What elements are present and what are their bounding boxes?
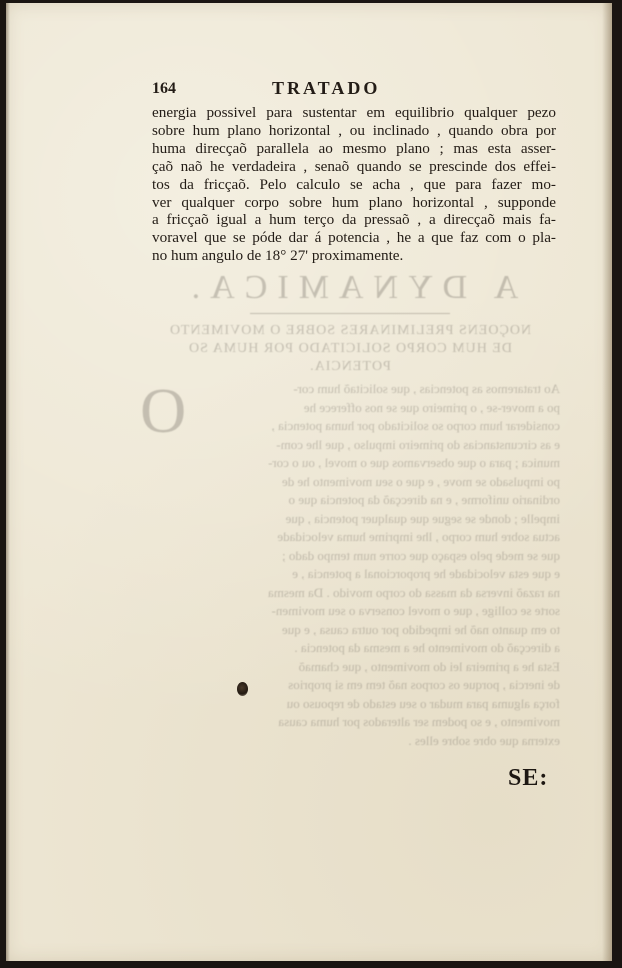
running-head-title: TRATADO <box>272 78 380 99</box>
page-left-edge-shadow <box>6 3 10 961</box>
paragraph-line: ver qualquer corpo sobre hum plano horiz… <box>152 194 556 212</box>
bleed-line: Esta he a primeira lei do movimento , qu… <box>140 658 560 677</box>
bleed-rule <box>250 313 450 314</box>
bleed-line: força alguma para mudar o seu estado de … <box>140 695 560 714</box>
bleed-title: A DYNAMICA. <box>140 269 560 307</box>
bleed-line: actua sobre hum corpo , lhe imprime huma… <box>140 528 560 547</box>
bleed-subtitle-line: DE HUM CORPO SOLICITADO POR HUMA SO <box>140 340 560 358</box>
scanned-page-image: A DYNAMICA. NOÇOENS PRELIMINARES SOBRE O… <box>0 0 622 968</box>
bleed-line: na razaõ inversa da massa do corpo movid… <box>140 584 560 603</box>
body-paragraph: energia possivel para sustentar em equil… <box>152 104 556 265</box>
bleed-line: po a mover-se , o primeiro que se nos of… <box>140 399 560 418</box>
bleed-line: to em quanto naõ he impedido por outra c… <box>140 621 560 640</box>
bleed-line: a direcçaõ do movimento he a mesma da po… <box>140 639 560 658</box>
paragraph-line: energia possivel para sustentar em equil… <box>152 104 556 122</box>
bleed-line: munica ; para o que observamos que o mov… <box>140 454 560 473</box>
bleed-line: ordinario uniforme , e na direcçaõ da po… <box>140 491 560 510</box>
bleed-line: de inercia , porque os corpos naõ tem em… <box>140 676 560 695</box>
bleed-line: e que esta velocidade he proporcional a … <box>140 565 560 584</box>
paragraph-line: no hum angulo de 18° 27' proximamente. <box>152 247 556 265</box>
bleed-line: sorte se collige , que o movel conserva … <box>140 602 560 621</box>
paragraph-line: a fricçaõ igual a hum terço da pressaõ ,… <box>152 211 556 229</box>
bleed-line: impelle ; donde se segue que qualquer po… <box>140 510 560 529</box>
bleed-line: movimento , e so podem ser alterados por… <box>140 713 560 732</box>
reverse-side-bleed-through: A DYNAMICA. NOÇOENS PRELIMINARES SOBRE O… <box>140 265 560 805</box>
bleed-line: Ao trataremos as potencias , que solicit… <box>140 380 560 399</box>
running-head: 164 TRATADO <box>152 78 556 104</box>
page-number: 164 <box>152 80 176 98</box>
page-right-edge-shadow <box>602 3 612 961</box>
main-text-block: 164 TRATADO energia possivel para susten… <box>152 78 556 265</box>
paragraph-line: huma direcçaõ parallela ao mesmo plano ;… <box>152 140 556 158</box>
bleed-line: po impulsado se move , e que o seu movim… <box>140 473 560 492</box>
paragraph-line: sobre hum plano horizontal , ou inclinad… <box>152 122 556 140</box>
bleed-drop-cap: O <box>140 382 186 440</box>
paragraph-line: voravel que se póde dar á potencia , he … <box>152 229 556 247</box>
bleed-body: O Ao trataremos as potencias , que solic… <box>140 380 560 750</box>
bleed-line: externa que obre sobre elles . <box>140 732 560 751</box>
ink-spot-blemish <box>237 682 248 696</box>
catchword: SE: <box>508 765 548 792</box>
bleed-subtitle-line: NOÇOENS PRELIMINARES SOBRE O MOVIMENTO <box>140 322 560 340</box>
bleed-subtitle-line: POTENCIA. <box>140 358 560 376</box>
bleed-line: considerar hum corpo so solicitado por h… <box>140 417 560 436</box>
bleed-line: que se mede pelo espaço que corre num te… <box>140 547 560 566</box>
bleed-line: e as circunstancias do primeiro impulso … <box>140 436 560 455</box>
paragraph-line: tos da fricçaõ. Pelo calculo se acha , q… <box>152 176 556 194</box>
paragraph-line: çaõ naõ he verdadeira , senaõ quando se … <box>152 158 556 176</box>
